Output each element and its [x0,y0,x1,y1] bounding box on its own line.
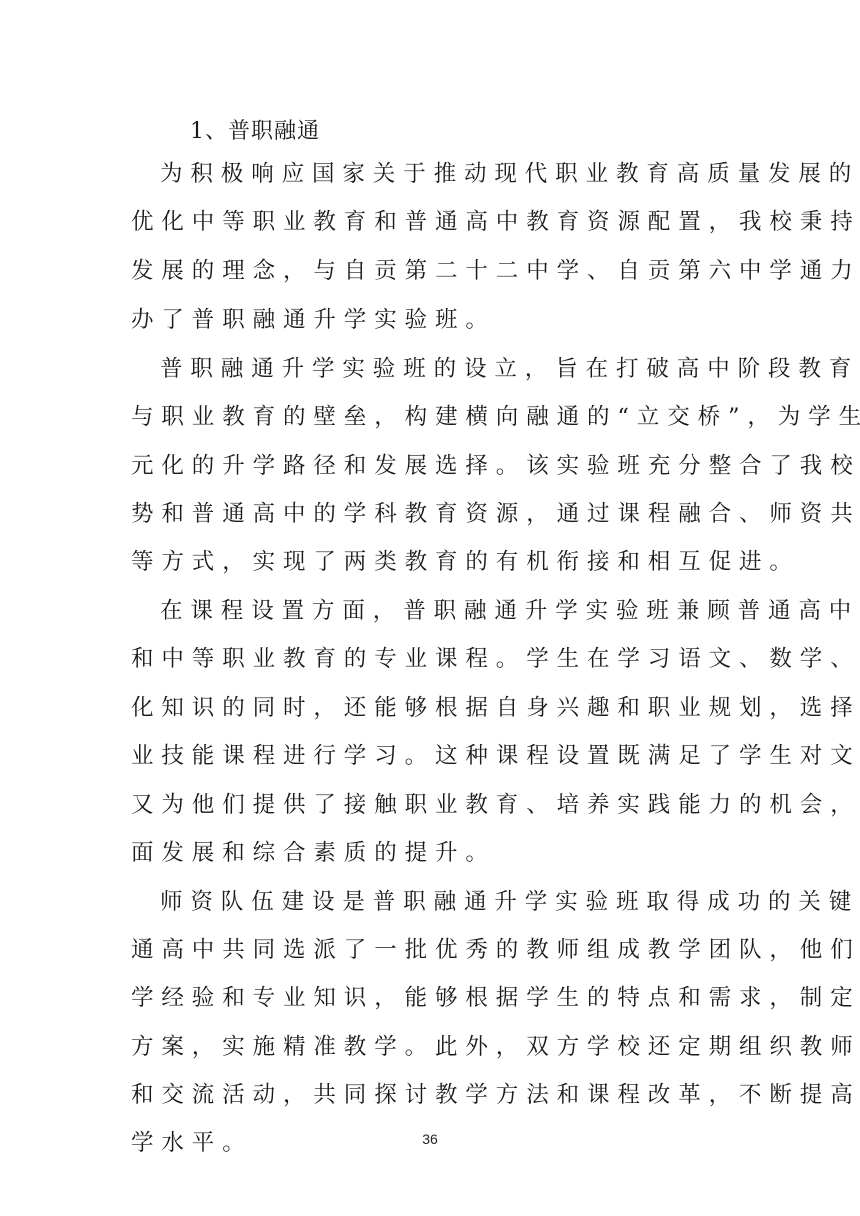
paragraph-line: 面发展和综合素质的提升。 [131,838,743,868]
page-number: 36 [0,1131,860,1147]
paragraph-line: 在课程设置方面，普职融通升学实验班兼顾普通高中的文化课程 [160,596,772,626]
paragraph-line: 元化的升学路径和发展选择。该实验班充分整合了我校的职业教育优 [131,451,743,481]
paragraph-line: 办了普职融通升学实验班。 [131,305,743,335]
paragraph-line: 势和普通高中的学科教育资源，通过课程融合、师资共享、教学互动 [131,499,743,529]
paragraph-line: 师资队伍建设是普职融通升学实验班取得成功的关键。我校与普 [160,887,772,917]
paragraph-line: 又为他们提供了接触职业教育、培养实践能力的机会，有助于学生全 [131,790,743,820]
paragraph-line: 等方式，实现了两类教育的有机衔接和相互促进。 [131,547,743,577]
paragraph-line: 通高中共同选派了一批优秀的教师组成教学团队，他们具备丰富的教 [131,935,743,965]
paragraph-line: 与职业教育的壁垒，构建横向融通的“立交桥”，为学生提供更为多 [131,402,743,432]
document-page: 1、普职融通 为积极响应国家关于推动现代职业教育高质量发展的号召，切实 优化中等… [0,0,860,1216]
paragraph-line: 为积极响应国家关于推动现代职业教育高质量发展的号召，切实 [160,159,772,189]
paragraph-line: 和中等职业教育的专业课程。学生在学习语文、数学、英语等基础文 [131,644,743,674]
paragraph-line: 普职融通升学实验班的设立，旨在打破高中阶段教育中普通教育 [160,354,772,384]
paragraph-line: 优化中等职业教育和普通高中教育资源配置，我校秉持创新、融合、 [131,207,743,237]
paragraph-line: 化知识的同时，还能够根据自身兴趣和职业规划，选择一门或多门职 [131,693,743,723]
paragraph-line: 方案，实施精准教学。此外，双方学校还定期组织教师开展教学研讨 [131,1032,743,1062]
paragraph-line: 发展的理念，与自贡第二十二中学、自贡第六中学通力合作，共同创 [131,256,743,286]
paragraph-line: 和交流活动，共同探讨教学方法和课程改革，不断提高教学质量和教 [131,1080,743,1110]
paragraph-line: 学经验和专业知识，能够根据学生的特点和需求，制定个性化的教学 [131,983,743,1013]
section-heading: 1、普职融通 [190,117,320,147]
paragraph-line: 业技能课程进行学习。这种课程设置既满足了学生对文化知识的需求， [131,741,743,771]
